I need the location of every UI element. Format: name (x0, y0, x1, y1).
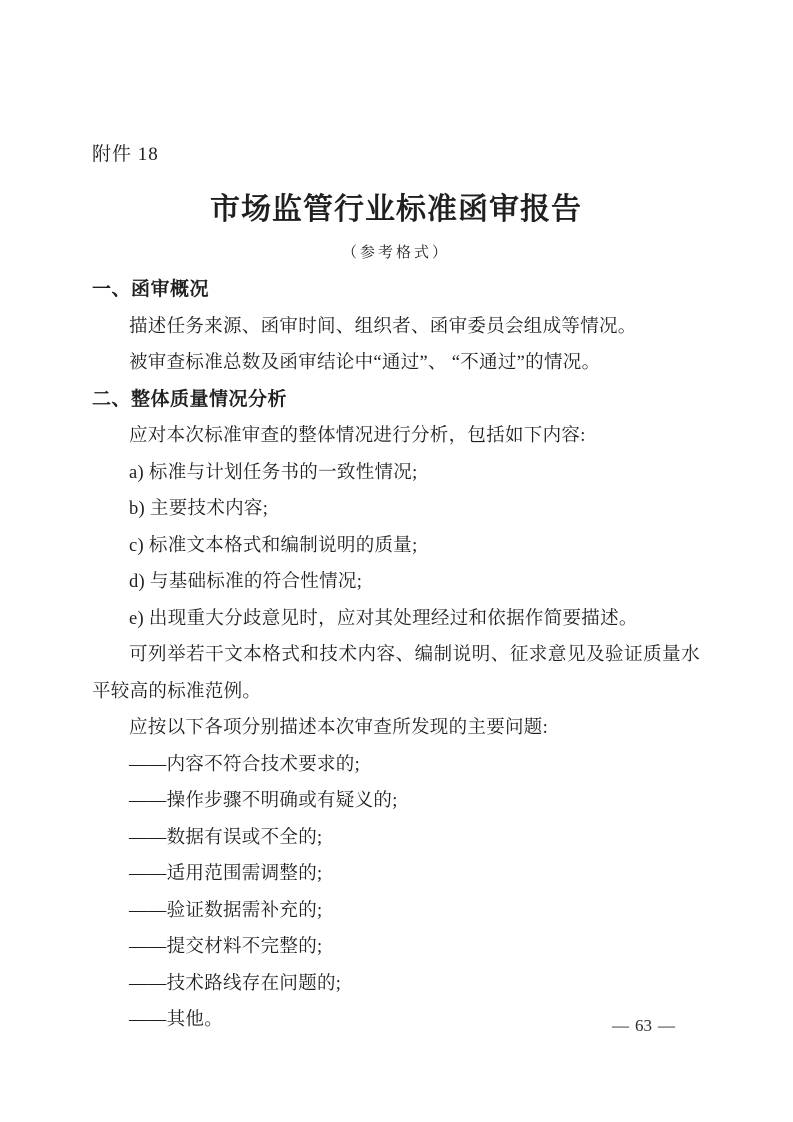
page-footer: —63— (606, 1014, 681, 1038)
document-page: 附件 18 市场监管行业标准函审报告 （参考格式） 一、函审概况 描述任务来源、… (0, 0, 793, 1122)
dash-item-scope-adjustment: ——适用范围需调整的; (92, 856, 700, 893)
paragraph-review-conclusion: 被审查标准总数及函审结论中“通过”、 “不通过”的情况。 (92, 345, 700, 382)
paragraph-task-source: 描述任务来源、函审时间、组织者、函审委员会组成等情况。 (92, 309, 700, 346)
section-heading-1: 一、函审概况 (92, 272, 700, 309)
document-title: 市场监管行业标准函审报告 (92, 190, 700, 230)
document-body: 一、函审概况 描述任务来源、函审时间、组织者、函审委员会组成等情况。 被审查标准… (92, 272, 700, 1039)
list-item-a: a) 标准与计划任务书的一致性情况; (92, 455, 700, 492)
paragraph-analysis-intro: 应对本次标准审查的整体情况进行分析，包括如下内容: (92, 418, 700, 455)
section-overall-quality-analysis: 二、整体质量情况分析 应对本次标准审查的整体情况进行分析，包括如下内容: a) … (92, 382, 700, 1039)
paragraph-problems-intro: 应按以下各项分别描述本次审查所发现的主要问题: (92, 710, 700, 747)
page-number: 63 (635, 1016, 652, 1035)
list-item-c: c) 标准文本格式和编制说明的质量; (92, 528, 700, 565)
dash-item-data-errors: ——数据有误或不全的; (92, 820, 700, 857)
dash-item-technical-route: ——技术路线存在问题的; (92, 966, 700, 1003)
dash-item-steps-unclear: ——操作步骤不明确或有疑义的; (92, 783, 700, 820)
footer-right-dash: — (652, 1016, 681, 1035)
list-item-e: e) 出现重大分歧意见时，应对其处理经过和依据作简要描述。 (92, 601, 700, 638)
document-subtitle: （参考格式） (92, 242, 700, 264)
dash-item-verification-data: ——验证数据需补充的; (92, 893, 700, 930)
list-item-b: b) 主要技术内容; (92, 491, 700, 528)
footer-left-dash: — (606, 1016, 635, 1035)
section-letter-review-overview: 一、函审概况 描述任务来源、函审时间、组织者、函审委员会组成等情况。 被审查标准… (92, 272, 700, 382)
paragraph-examples: 可列举若干文本格式和技术内容、编制说明、征求意见及验证质量水平较高的标准范例。 (92, 637, 700, 710)
section-heading-2: 二、整体质量情况分析 (92, 382, 700, 419)
attachment-label: 附件 18 (92, 142, 700, 168)
dash-item-incomplete-materials: ——提交材料不完整的; (92, 929, 700, 966)
dash-item-content-noncompliant: ——内容不符合技术要求的; (92, 747, 700, 784)
list-item-d: d) 与基础标准的符合性情况; (92, 564, 700, 601)
